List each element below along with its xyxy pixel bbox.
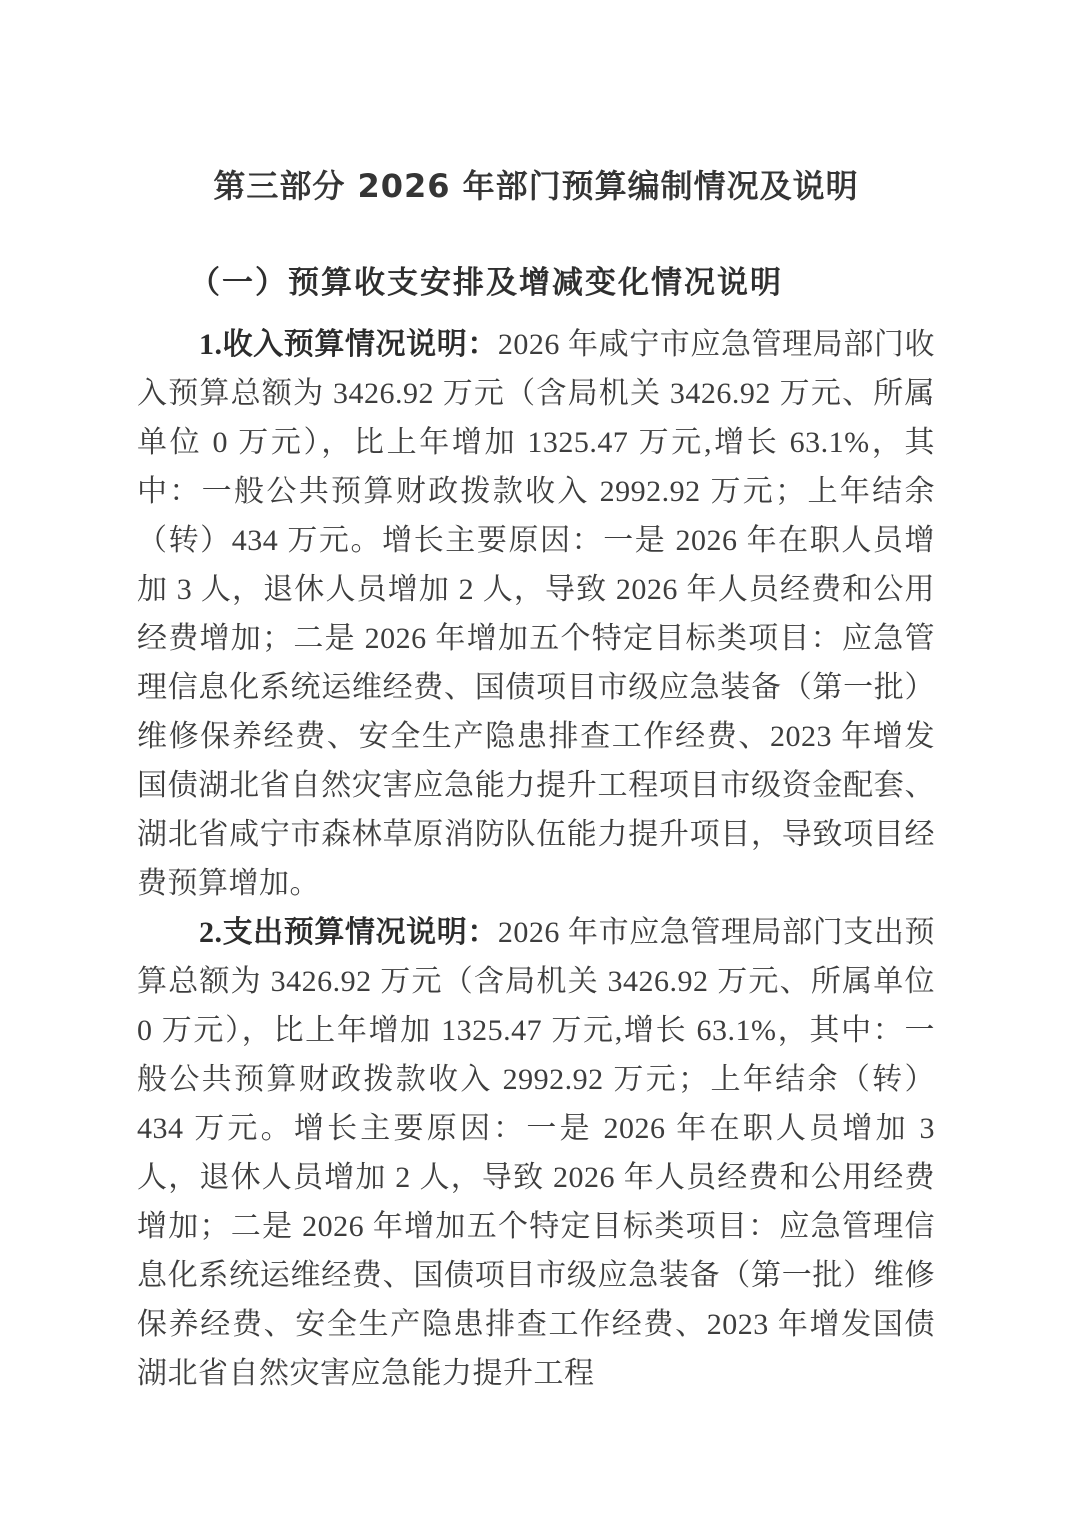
document-page: 第三部分 2026 年部门预算编制情况及说明 （一）预算收支安排及增减变化情况说… (0, 0, 1074, 1520)
paragraph-expenditure-lead: 2.支出预算情况说明： (199, 916, 498, 949)
document-body: 1.收入预算情况说明：2026 年咸宁市应急管理局部门收入预算总额为 3426.… (137, 320, 935, 1398)
paragraph-expenditure-text: 2026 年市应急管理局部门支出预算总额为 3426.92 万元（含局机关 34… (137, 916, 935, 1390)
paragraph-income-text: 2026 年咸宁市应急管理局部门收入预算总额为 3426.92 万元（含局机关 … (137, 328, 935, 900)
section-heading: （一）预算收支安排及增减变化情况说明 (137, 263, 935, 303)
document-title: 第三部分 2026 年部门预算编制情况及说明 (137, 165, 935, 207)
paragraph-income-budget: 1.收入预算情况说明：2026 年咸宁市应急管理局部门收入预算总额为 3426.… (137, 320, 935, 908)
paragraph-income-lead: 1.收入预算情况说明： (199, 328, 498, 361)
paragraph-expenditure-budget: 2.支出预算情况说明：2026 年市应急管理局部门支出预算总额为 3426.92… (137, 908, 935, 1398)
